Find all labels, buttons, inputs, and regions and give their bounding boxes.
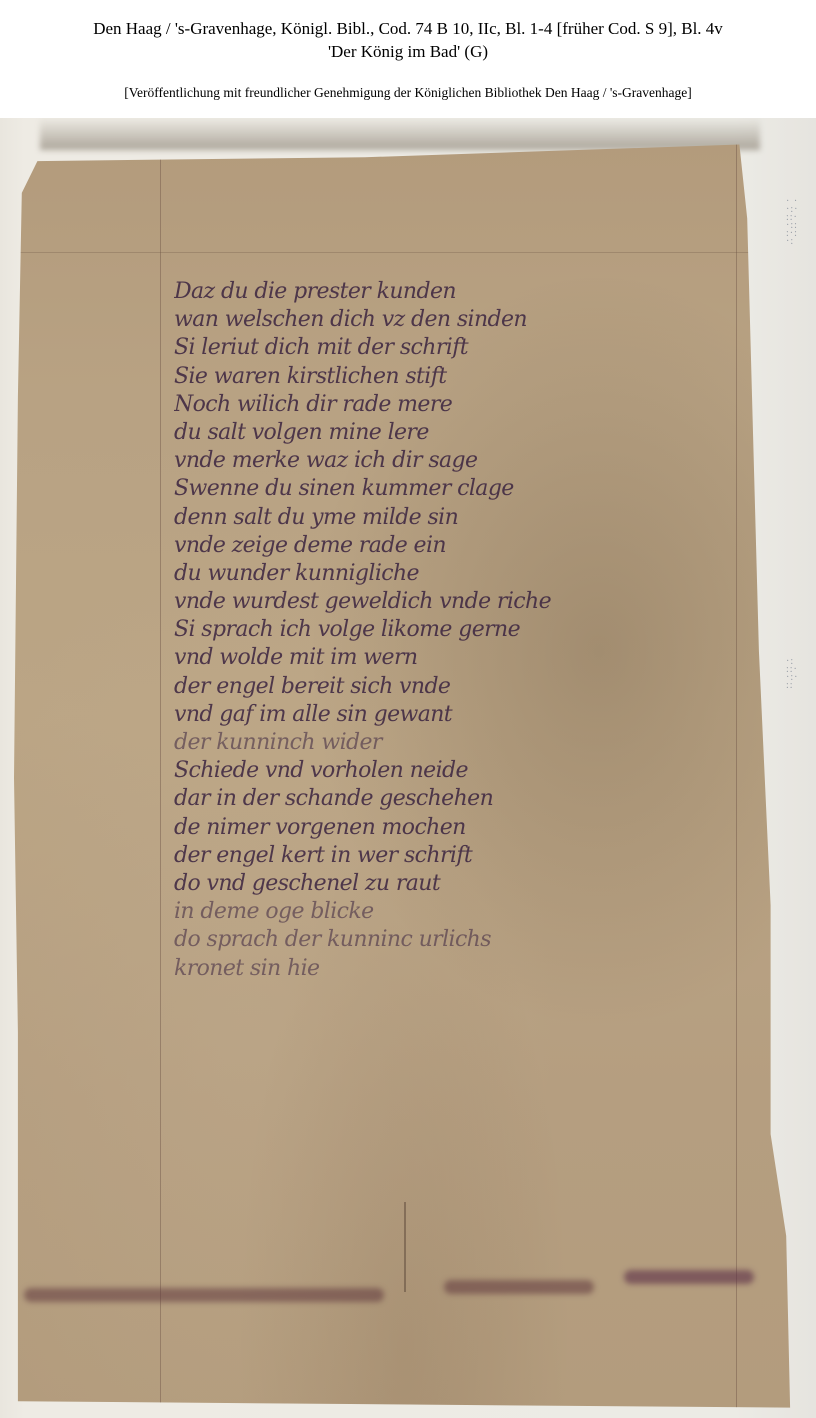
manuscript-line: Daz du die prester kunden (174, 278, 684, 306)
manuscript-line: du salt volgen mine lere (174, 419, 684, 447)
manuscript-line: kronet sin hie (174, 955, 684, 983)
manuscript-line: do vnd geschenel zu raut (174, 870, 684, 898)
title-work-name: 'Der König im Bad' (G) (0, 40, 816, 63)
manuscript-line: do sprach der kunninc urlichs (174, 926, 684, 954)
manuscript-line: in deme oge blicke (174, 898, 684, 926)
crease (404, 1202, 406, 1292)
manuscript-line: Swenne du sinen kummer clage (174, 475, 684, 503)
manuscript-line: vnd gaf im alle sin gewant (174, 701, 684, 729)
stain (24, 1288, 384, 1302)
background-speckle: · ··:·::··:::·:·: (786, 198, 806, 246)
permission-note: [Veröffentlichung mit freundlicher Geneh… (0, 84, 816, 102)
manuscript-line: Schiede vnd vorholen neide (174, 757, 684, 785)
manuscript-text: Daz du die prester kunden wan welschen d… (174, 278, 684, 983)
manuscript-line: der engel bereit sich vnde (174, 673, 684, 701)
stain (624, 1270, 754, 1284)
stain (444, 1280, 594, 1294)
background-speckle: ·:::··:·:: (786, 658, 806, 690)
manuscript-line: Noch wilich dir rade mere (174, 391, 684, 419)
manuscript-line: vnde zeige deme rade ein (174, 532, 684, 560)
title-manuscript-reference: Den Haag / 's-Gravenhage, Königl. Bibl.,… (0, 17, 816, 40)
manuscript-line: Sie waren kirstlichen stift (174, 363, 684, 391)
parchment-leaf: Daz du die prester kunden wan welschen d… (14, 142, 794, 1414)
manuscript-line: vnde merke waz ich dir sage (174, 447, 684, 475)
manuscript-line: du wunder kunnigliche (174, 560, 684, 588)
manuscript-line: der engel kert in wer schrift (174, 842, 684, 870)
document-header: Den Haag / 's-Gravenhage, Königl. Bibl.,… (0, 0, 816, 102)
manuscript-line: wan welschen dich vz den sinden (174, 306, 684, 334)
ruling-line-left (160, 142, 161, 1414)
manuscript-line: Si sprach ich volge likome gerne (174, 616, 684, 644)
manuscript-line: vnde wurdest geweldich vnde riche (174, 588, 684, 616)
manuscript-line: de nimer vorgenen mochen (174, 814, 684, 842)
ruling-line-right (736, 142, 737, 1414)
shadow (40, 118, 760, 150)
manuscript-line: dar in der schande geschehen (174, 785, 684, 813)
manuscript-line: der kunninch wider (174, 729, 684, 757)
manuscript-line: denn salt du yme milde sin (174, 504, 684, 532)
manuscript-line: Si leriut dich mit der schrift (174, 334, 684, 362)
page-title: Den Haag / 's-Gravenhage, Königl. Bibl.,… (0, 17, 816, 63)
manuscript-line: vnd wolde mit im wern (174, 644, 684, 672)
manuscript-photo: · ··:·::··:::·:·: ·:::··:·:: Daz du die … (0, 118, 816, 1418)
ruling-line-top (14, 252, 794, 253)
